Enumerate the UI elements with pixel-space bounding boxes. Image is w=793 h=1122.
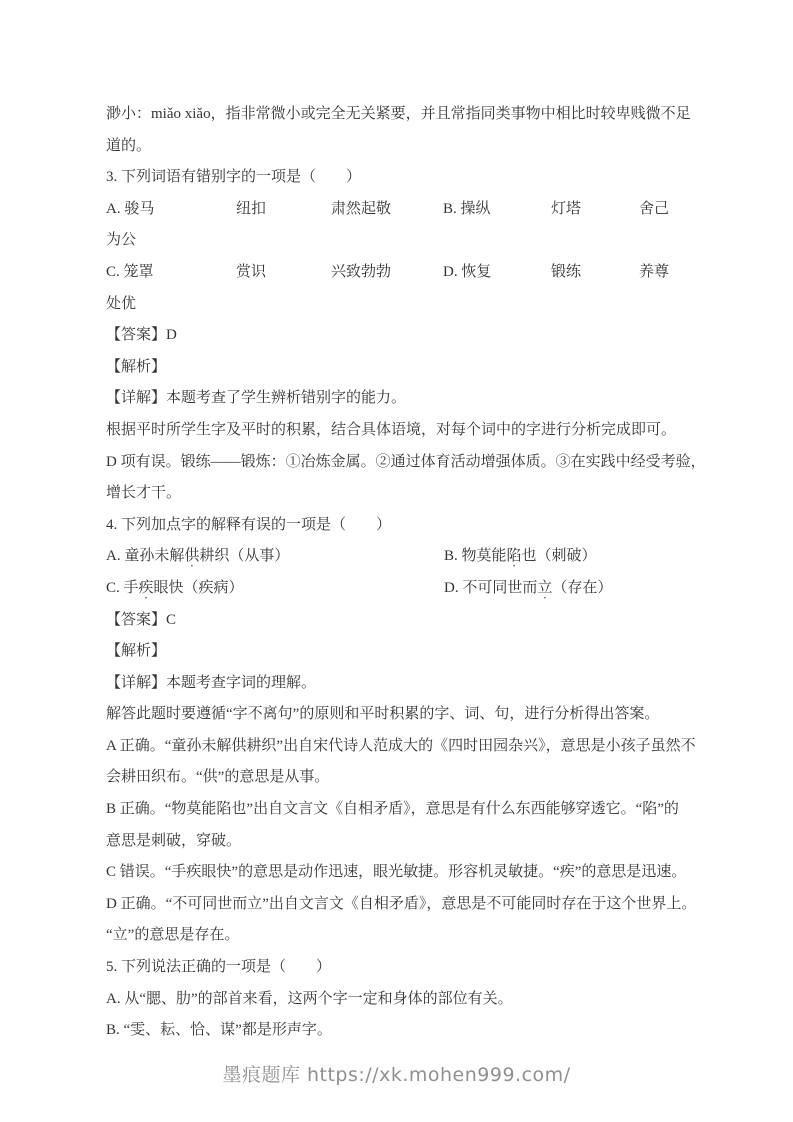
emphasized-char: 供 xyxy=(184,548,199,564)
definition-line-1: 渺小：miǎo xiǎo，指非常微小或完全无关紧要，并且常指同类事物中相比时较卑… xyxy=(106,99,696,131)
question4-detail-line: C 错误。“手疾眼快”的意思是动作迅速，眼光敏捷。形容机灵敏捷。“疾”的意思是迅… xyxy=(106,857,696,889)
question3-option-d-wrap: 处优 xyxy=(106,289,696,321)
question4-answer: 【答案】C xyxy=(106,605,696,637)
question5-option-b: B. “雯、耘、恰、谋”都是形声字。 xyxy=(106,1015,696,1047)
question3-option-d: D. 恢复 xyxy=(443,257,551,289)
question4-detail-line: 解答此题时要遵循“字不离句”的原则和平时积累的字、词、句，进行分析得出答案。 xyxy=(106,699,696,731)
exam-document-page: 渺小：miǎo xiǎo，指非常微小或完全无关紧要，并且常指同类事物中相比时较卑… xyxy=(0,0,793,1122)
question3-option-c: C. 笼罩 xyxy=(106,257,236,289)
question3-option-b-word2: 灯塔 xyxy=(551,194,639,226)
question3-option-a-word2: 纽扣 xyxy=(236,194,331,226)
question4-detail-line: D 正确。“不可同世而立”出自文言文《自相矛盾》，意思是不可能同时存在于这个世界… xyxy=(106,889,696,921)
question3-detail-line: D 项有误。锻练——锻炼：①冶炼金属。②通过体育活动增强体质。③在实践中经受考验… xyxy=(106,447,696,479)
question4-option-a: A. 童孙未解供耕织（从事） xyxy=(106,541,444,573)
option-text: 手 xyxy=(124,580,139,596)
document-body: 渺小：miǎo xiǎo，指非常微小或完全无关紧要，并且常指同类事物中相比时较卑… xyxy=(106,99,696,1047)
question4-detail-line: 意思是刺破，穿破。 xyxy=(106,826,696,858)
question4-detail-line: 【详解】本题考查字词的理解。 xyxy=(106,668,696,700)
question4-detail-line: 会耕田织布。“供”的意思是从事。 xyxy=(106,762,696,794)
question3-option-c-word2: 赏识 xyxy=(236,257,331,289)
question3-option-c-word3: 兴致勃勃 xyxy=(331,257,443,289)
emphasized-char: 疾 xyxy=(139,580,154,596)
definition-line-2: 道的。 xyxy=(106,131,696,163)
option-text: 不可同世而 xyxy=(462,580,537,596)
question3-analysis-label: 【解析】 xyxy=(106,352,696,384)
option-text: 物莫能 xyxy=(462,548,507,564)
question4-stem: 4. 下列加点字的解释有误的一项是（ ） xyxy=(106,510,696,542)
question3-option-d-word3: 养尊 xyxy=(639,264,669,280)
question4-analysis-label: 【解析】 xyxy=(106,636,696,668)
question4-option-d: D. 不可同世而立（存在） xyxy=(444,580,612,596)
option-label: A. xyxy=(106,548,124,564)
option-text: （存在） xyxy=(552,580,612,596)
emphasized-char: 陷 xyxy=(507,548,522,564)
question4-detail-line: “立”的意思是存在。 xyxy=(106,920,696,952)
question4-options-row1: A. 童孙未解供耕织（从事）B. 物莫能陷也（刺破） xyxy=(106,541,696,573)
option-label: C. xyxy=(106,580,124,596)
question4-option-b: B. 物莫能陷也（刺破） xyxy=(444,548,597,564)
question3-options-row1: A. 骏马纽扣肃然起敬B. 操纵灯塔舍己 xyxy=(106,194,696,226)
option-text: 童孙未解 xyxy=(124,548,184,564)
question3-detail-line: 增长才干。 xyxy=(106,478,696,510)
option-label: D. xyxy=(444,580,462,596)
question4-detail-line: B 正确。“物莫能陷也”出自文言文《自相矛盾》，意思是有什么东西能够穿透它。“陷… xyxy=(106,794,696,826)
question3-option-d-word2: 锻练 xyxy=(551,257,639,289)
question5-option-a: A. 从“腮、肋”的部首来看，这两个字一定和身体的部位有关。 xyxy=(106,984,696,1016)
option-text: 也（刺破） xyxy=(522,548,597,564)
question3-option-a-word3: 肃然起敬 xyxy=(331,194,443,226)
question4-options-row2: C. 手疾眼快（疾病）D. 不可同世而立（存在） xyxy=(106,573,696,605)
question5-stem: 5. 下列说法正确的一项是（ ） xyxy=(106,952,696,984)
question3-option-a: A. 骏马 xyxy=(106,194,236,226)
question3-stem: 3. 下列词语有错别字的一项是（ ） xyxy=(106,162,696,194)
question3-option-b-wrap: 为公 xyxy=(106,225,696,257)
question3-options-row2: C. 笼罩赏识兴致勃勃D. 恢复锻练养尊 xyxy=(106,257,696,289)
option-text: 眼快（疾病） xyxy=(154,580,244,596)
option-label: B. xyxy=(444,548,462,564)
question3-answer: 【答案】D xyxy=(106,320,696,352)
question3-detail-line: 根据平时所学生字及平时的积累，结合具体语境，对每个词中的字进行分析完成即可。 xyxy=(106,415,696,447)
emphasized-char: 立 xyxy=(537,580,552,596)
question4-option-c: C. 手疾眼快（疾病） xyxy=(106,573,444,605)
question3-detail-line: 【详解】本题考查了学生辨析错别字的能力。 xyxy=(106,383,696,415)
question3-option-b-word3: 舍己 xyxy=(639,201,669,217)
question4-detail-line: A 正确。“童孙未解供耕织”出自宋代诗人范成大的《四时田园杂兴》，意思是小孩子虽… xyxy=(106,731,696,763)
footer-watermark: 墨痕题库 https://xk.mohen999.com/ xyxy=(0,1060,793,1087)
question3-option-b: B. 操纵 xyxy=(443,194,551,226)
option-text: 耕织（从事） xyxy=(199,548,289,564)
